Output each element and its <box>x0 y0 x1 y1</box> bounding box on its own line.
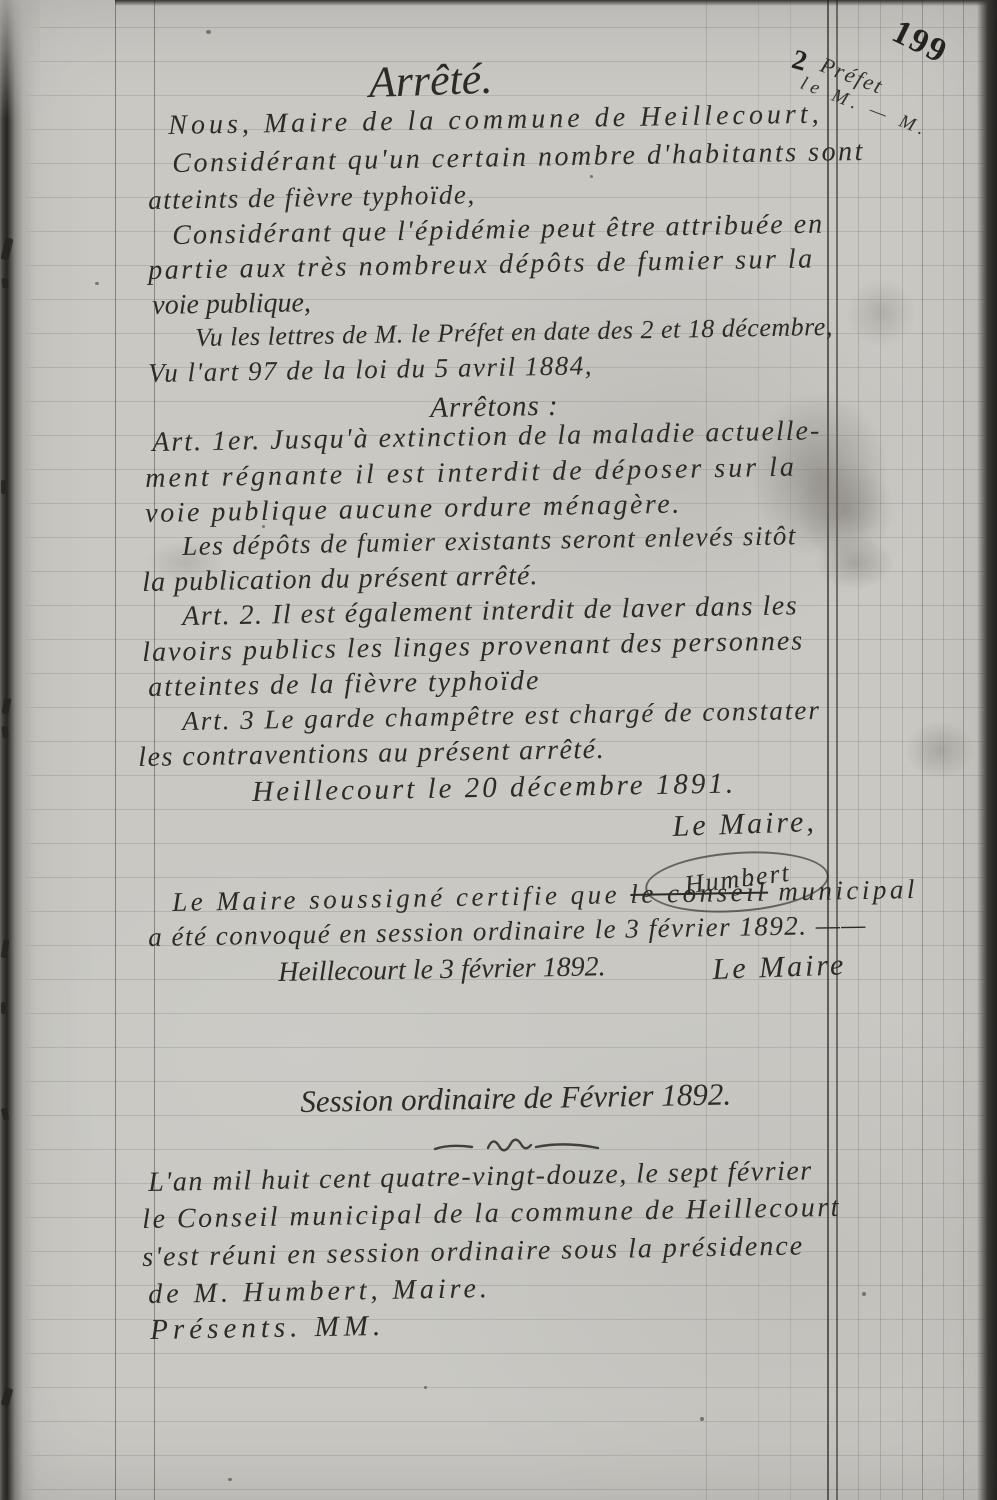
certification-struck-text: le conseil <box>630 877 768 909</box>
column-rule <box>880 0 881 1500</box>
column-rule <box>963 0 964 1500</box>
margin-rule-left-outer <box>115 0 116 1500</box>
signature-label: Le Maire, <box>672 805 817 845</box>
column-rule <box>902 0 903 1500</box>
manuscript-line: atteintes de la fièvre typhoïde <box>148 665 541 704</box>
register-page: 199 2 Préfet le M. — M. Arrêté. Nous, Ma… <box>0 0 997 1500</box>
decree-title: Arrêté. <box>368 54 493 109</box>
manuscript-line: atteints de fièvre typhoïde, <box>148 179 476 216</box>
divider-flourish <box>432 1134 602 1162</box>
certification-post: municipal <box>768 874 918 907</box>
session-heading: Session ordinaire de Février 1892. <box>300 1076 731 1119</box>
page-top-edge-shadow <box>115 0 997 6</box>
column-rule <box>943 0 944 1500</box>
binding-top-light <box>0 0 40 120</box>
page-right-edge-shadow <box>977 0 997 1500</box>
book-binding-edge <box>0 0 36 1500</box>
manuscript-line: voie publique, <box>152 287 311 322</box>
certification-signer: Le Maire <box>712 948 847 987</box>
manuscript-line: de M. Humbert, Maire. <box>148 1273 491 1311</box>
manuscript-line: Présents. MM. <box>150 1310 385 1347</box>
column-rule <box>922 0 923 1500</box>
column-rule <box>858 0 859 1500</box>
margin-rule-right-double <box>827 0 838 1500</box>
certification-dateline: Heillecourt le 3 février 1892. <box>278 951 606 989</box>
